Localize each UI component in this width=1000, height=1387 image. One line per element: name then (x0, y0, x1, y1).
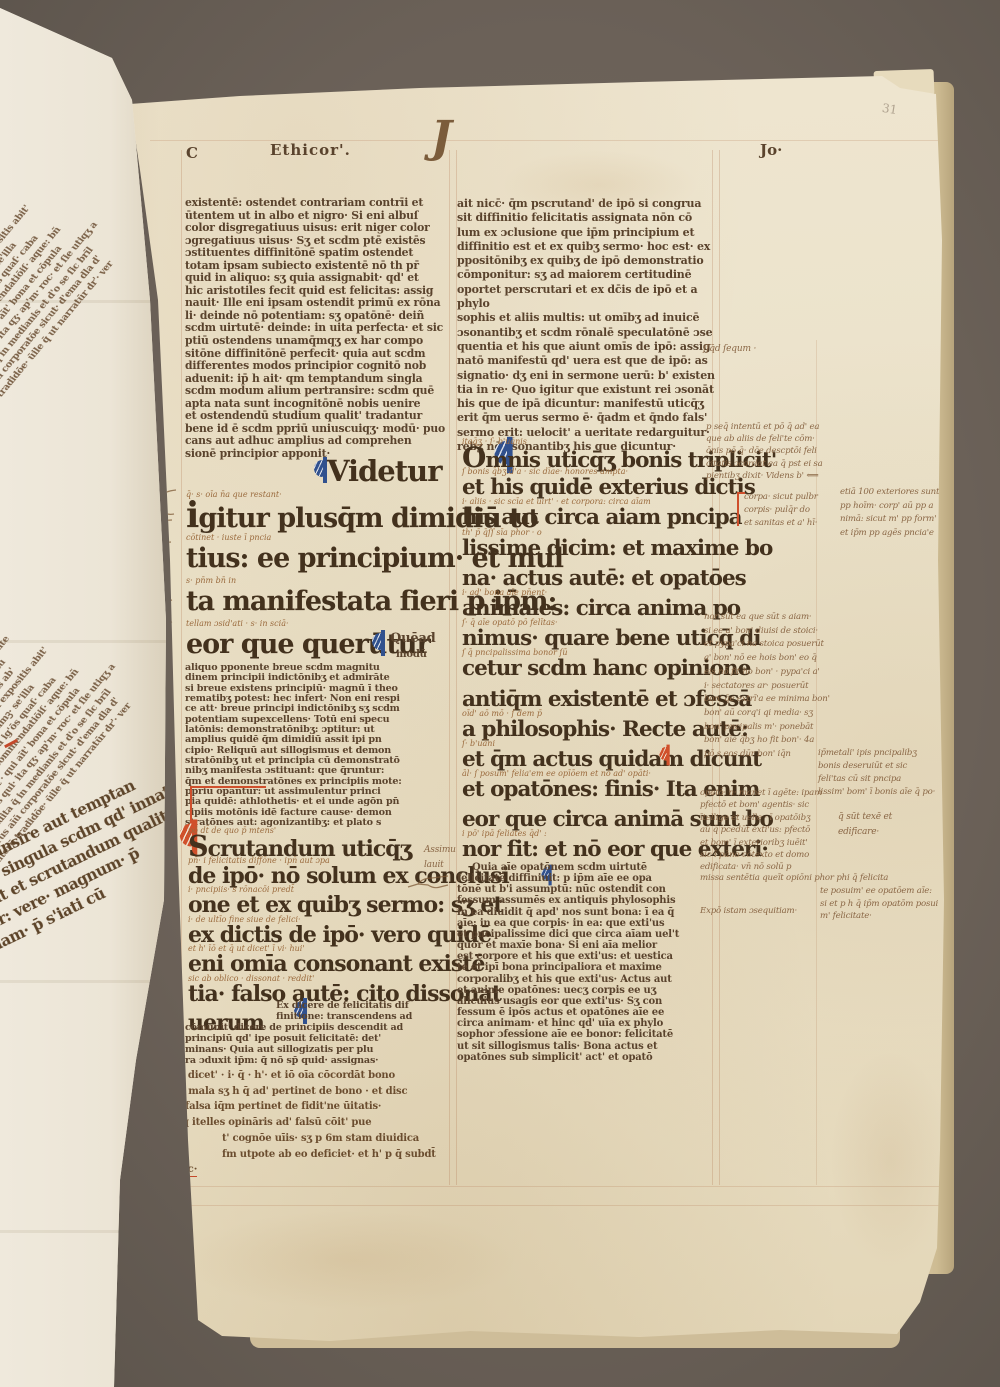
commentary-catchword: Quēad (390, 631, 436, 646)
running-title: Ethicor'. (270, 141, 351, 159)
paraph-mark-red (660, 745, 670, 766)
right-marginal-gloss: te posuim' ee opatōem aīe: si et p h q̄ … (820, 885, 980, 923)
bottom-marginal-gloss: t' cognōe uīis· sʒ p 6m stam diuidica fm… (222, 1131, 462, 1162)
manicule-doodle (404, 868, 450, 894)
lemma-block: itaq̄ʒ · ſ· b'uānisOmnis uticq̄ʒ bonis t… (462, 437, 724, 860)
right-marginal-gloss: opatō· n· manet ī agēte: ipam pfectō et … (700, 787, 850, 874)
lemma-word-videtur: Videtur (314, 454, 327, 488)
bottom-marginal-gloss: corruptū ut dicet' · i· q̄ · h'· et iō o… (122, 1068, 458, 1130)
header-paraph-mark: C (186, 144, 198, 162)
bottom-gloss-underlined: falso rc· (150, 1163, 197, 1177)
paraph-mark-blue (372, 630, 385, 656)
rubric-bracket (737, 492, 739, 526)
right-marginal-gloss: Expō istam ɔsequitiam· (700, 905, 840, 917)
commentary-catchword: modū (396, 649, 427, 660)
ruling-line (181, 150, 182, 1185)
header-right-mark: Jo· (760, 141, 782, 159)
right-marginal-gloss: q̄ sūt texē et edificare· (838, 810, 928, 840)
commentary-block: Ex dicere de felicitatis dif finitione: … (276, 1000, 452, 1022)
ruling-line (150, 140, 940, 141)
parchment-stain (830, 1050, 950, 1270)
header-book-numeral: J (431, 112, 452, 163)
commentary-block: cōmunit' dicere de principiis descendit … (185, 1022, 451, 1066)
commentary-block: Quia aīe opatōnem scdm uirtutē felicitat… (457, 862, 725, 1063)
commentary-block: ait nicc̄· q̄m pscrutand' de ipō si cong… (457, 197, 723, 454)
commentary-block: existentē: ostendet contrariam contrīi e… (185, 197, 451, 460)
commentary-block: aliquo pponente breue scdm magnitu dinem… (185, 663, 451, 829)
right-marginal-gloss: missa sentētia queīt opiōni phor phi q̄ … (700, 872, 970, 884)
paraph-mark-blue (314, 457, 327, 483)
right-marginal-gloss: p seq̄ intentū et pō q̄ ad' ea que ab al… (706, 421, 842, 482)
rubric-line (190, 786, 266, 788)
right-marginal-gloss: corpa· sicut pulbr corpis· pulq̄r do et … (744, 491, 840, 530)
folio-number: 31 (881, 101, 898, 117)
ruling-line (130, 1186, 940, 1187)
manuscript-photo: C Ethicor'. J Jo· 31 existentē: ostendet… (0, 0, 1000, 1387)
parchment-stain (180, 1210, 520, 1310)
right-marginal-note: ſſq̄d ſequm · (703, 344, 756, 354)
ruling-line (130, 1205, 940, 1206)
right-marginal-gloss: nor sūt ea que sūt s aiam· si ee a' bon'… (704, 611, 840, 762)
